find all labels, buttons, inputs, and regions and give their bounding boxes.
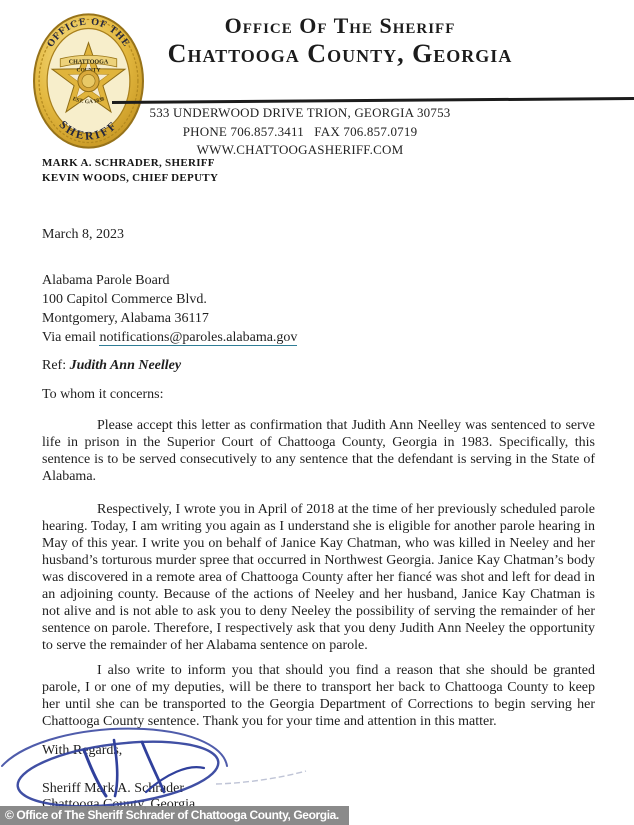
county-title-line: Chattooga County, Georgia [135,39,545,69]
letter-date: March 8, 2023 [42,226,595,243]
letterhead-title: Office Of The Sheriff Chattooga County, … [135,12,545,69]
chief-deputy-line: KEVIN WOODS, CHIEF DEPUTY [42,171,218,186]
body-paragraph-2: Respectively, I wrote you in April of 20… [42,501,595,654]
signature-flourish [216,771,306,784]
via-email-prefix: Via email [42,330,99,345]
ref-label: Ref: [42,358,70,373]
via-email-line: Via email notifications@paroles.alabama.… [42,328,595,347]
recipient-street: 100 Capitol Commerce Blvd. [42,290,595,309]
recipient-name: Alabama Parole Board [42,271,595,290]
scanned-letter-page: OFFICE OF THE SHERIFF CHATTOOGA COUNTY E… [0,0,634,825]
salutation: To whom it concerns: [42,386,595,403]
body-paragraph-1: Please accept this letter as confirmatio… [42,417,595,485]
letterhead-contact: 533 UNDERWOOD DRIVE TRION, GEORGIA 30753… [85,104,515,160]
recipient-city: Montgomery, Alabama 36117 [42,309,595,328]
body-paragraph-3: I also write to inform you that should y… [42,662,595,730]
officials-block: MARK A. SCHRADER, SHERIFF KEVIN WOODS, C… [42,156,218,186]
recipient-address-block: Alabama Parole Board 100 Capitol Commerc… [42,271,595,347]
email-link[interactable]: notifications@paroles.alabama.gov [99,330,297,346]
sheriff-name-line: MARK A. SCHRADER, SHERIFF [42,156,218,171]
street-address-line: 533 UNDERWOOD DRIVE TRION, GEORGIA 30753 [85,104,515,123]
photo-credit-caption: © Office of The Sheriff Schrader of Chat… [0,806,349,825]
header-divider [112,97,634,104]
phone-fax-line: PHONE 706.857.3411 FAX 706.857.0719 [85,123,515,142]
ref-subject-name: Judith Ann Neelley [70,358,182,373]
office-title-line: Office Of The Sheriff [135,12,545,39]
badge-banner-line1: CHATTOOGA [69,59,109,65]
ref-line: Ref: Judith Ann Neelley [42,357,595,374]
photo-credit-text: © Office of The Sheriff Schrader of Chat… [5,808,339,822]
